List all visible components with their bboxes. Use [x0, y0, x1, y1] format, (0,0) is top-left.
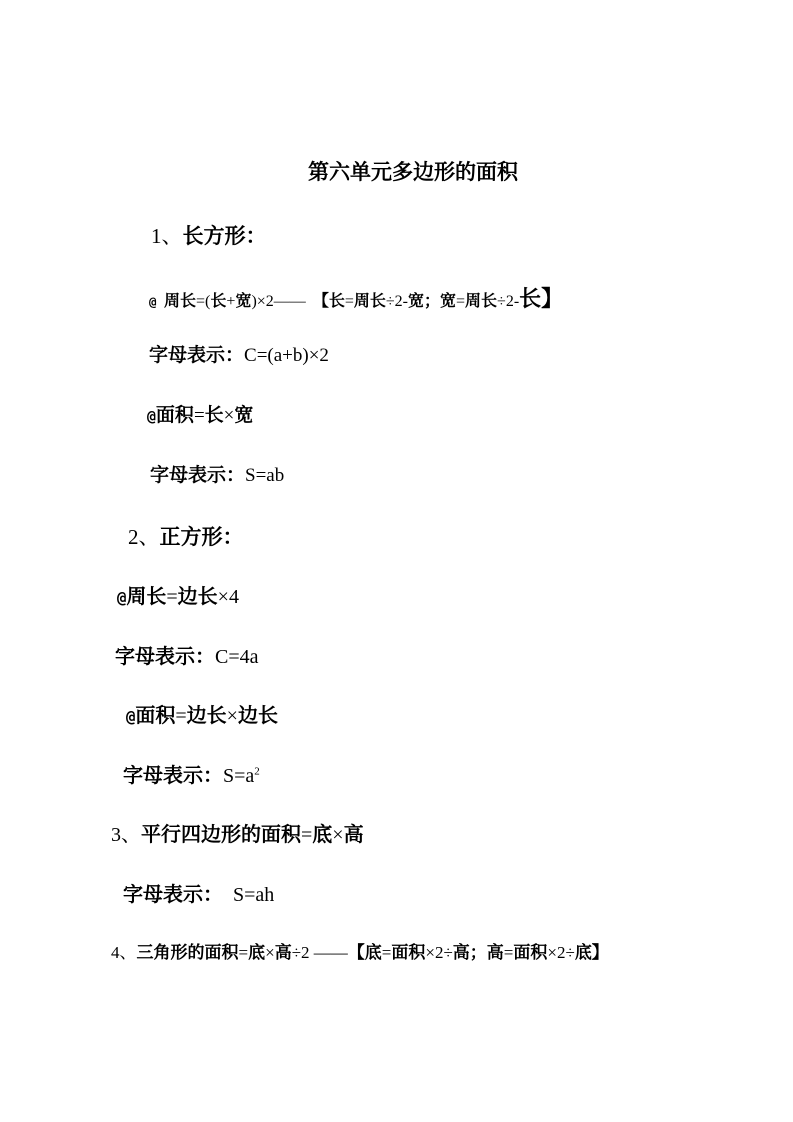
list-number: 3、 — [111, 824, 141, 846]
text-run: ÷2- — [386, 293, 408, 310]
text-run: × — [227, 705, 238, 727]
text-run: )×2—— — [251, 293, 305, 310]
text-run: 长 — [210, 293, 226, 310]
text-run: 高 — [275, 943, 292, 962]
list-number: 2、 — [128, 525, 160, 549]
text-run: 面积 — [156, 405, 194, 426]
text-run: ×4 — [218, 586, 239, 608]
text-run: ÷2- — [497, 293, 519, 310]
text-run: 长方形： — [183, 225, 267, 248]
parallelogram-area-formula: 3、平行四边形的面积=底×高 — [111, 824, 364, 847]
text-run: 周长 — [126, 586, 166, 608]
text-run: 底 — [312, 824, 332, 846]
formula-text: C=(a+b)×2 — [244, 345, 329, 366]
text-run: × — [265, 943, 275, 962]
text-run: 【长 — [313, 293, 345, 310]
text-run: 边长 — [187, 705, 227, 727]
square-perimeter-letter-formula: 字母表示：C=4a — [115, 646, 259, 669]
text-run: 底】 — [575, 943, 609, 962]
text-run: 平行四边形的面积 — [141, 824, 301, 846]
text-run: = — [166, 586, 177, 608]
formula-text: C=4a — [215, 646, 259, 668]
text-run: 三角形的面积 — [137, 943, 239, 962]
text-run: 面积 — [391, 943, 425, 962]
triangle-area-formula: 4、三角形的面积=底×高÷2 ——【底=面积×2÷高；高=面积×2÷底】 — [111, 943, 609, 963]
text-run: 正方形： — [160, 526, 244, 549]
text-run: 面积 — [135, 705, 175, 727]
text-run: 长 — [205, 405, 224, 426]
text-run: 宽 — [235, 293, 251, 310]
list-number: 4、 — [111, 943, 137, 962]
at-bullet: @ — [149, 294, 164, 309]
title-text: 第六单元多边形的面积 — [308, 161, 518, 184]
formula-text: S=ab — [245, 465, 284, 486]
square-area-letter-formula: 字母表示：S=a2 — [123, 765, 260, 788]
at-bullet: @ — [117, 589, 126, 607]
text-run: 周长 — [354, 293, 386, 310]
section-1-heading: 1、长方形： — [151, 224, 267, 249]
list-number: 1、 — [151, 224, 183, 248]
text-run: =( — [196, 293, 210, 310]
text-run: ×2÷ — [425, 943, 452, 962]
text-run: 字母表示： — [115, 646, 215, 668]
text-run: × — [332, 824, 343, 846]
rectangle-perimeter-letter-formula: 字母表示：C=(a+b)×2 — [149, 345, 329, 367]
rectangle-area-formula: @面积=长×宽 — [147, 405, 253, 427]
text-run: 边长 — [178, 586, 218, 608]
text-run: × — [224, 405, 235, 426]
formula-text: S=ah — [233, 884, 274, 906]
square-perimeter-formula: @周长=边长×4 — [117, 586, 239, 609]
text-run: = — [345, 293, 354, 310]
rectangle-perimeter-formula: @ 周长=(长+宽)×2——【长=周长÷2-宽；宽=周长÷2-长】 — [149, 286, 563, 311]
text-run: = — [504, 943, 514, 962]
text-run: = — [239, 943, 249, 962]
section-2-heading: 2、正方形： — [128, 525, 244, 550]
text-run: 字母表示： — [123, 765, 223, 787]
at-bullet: @ — [147, 408, 156, 425]
doc-title: 第六单元多边形的面积 — [308, 160, 518, 185]
text-run: 周长 — [164, 293, 196, 310]
text-run: 面积 — [513, 943, 547, 962]
superscript-exponent: 2 — [254, 765, 260, 777]
document-page: 第六单元多边形的面积 1、长方形： @ 周长=(长+宽)×2——【长=周长÷2-… — [0, 0, 793, 1122]
text-run: 字母表示： — [123, 884, 223, 906]
text-run: 字母表示： — [150, 465, 245, 486]
text-run-large: 长】 — [519, 286, 563, 311]
text-run: = — [382, 943, 392, 962]
text-run: 高 — [344, 824, 364, 846]
text-run: = — [301, 824, 312, 846]
rectangle-area-letter-formula: 字母表示：S=ab — [150, 465, 284, 487]
text-run: 边长 — [238, 705, 278, 727]
text-run: 周长 — [465, 293, 497, 310]
formula-text: S=a — [223, 765, 254, 787]
text-run: ÷2 —— — [292, 943, 348, 962]
square-area-formula: @面积=边长×边长 — [126, 705, 278, 728]
text-run: = — [456, 293, 465, 310]
text-run: 高；高 — [453, 943, 504, 962]
text-run: = — [175, 705, 186, 727]
text-run: = — [194, 405, 205, 426]
at-bullet: @ — [126, 708, 135, 726]
text-run: 宽 — [234, 405, 253, 426]
text-run: 字母表示： — [149, 345, 244, 366]
text-run: 底 — [248, 943, 265, 962]
parallelogram-letter-formula: 字母表示：S=ah — [123, 884, 274, 907]
text-run: ×2÷ — [547, 943, 574, 962]
text-run: 宽；宽 — [408, 293, 456, 310]
text-run: 【底 — [348, 943, 382, 962]
